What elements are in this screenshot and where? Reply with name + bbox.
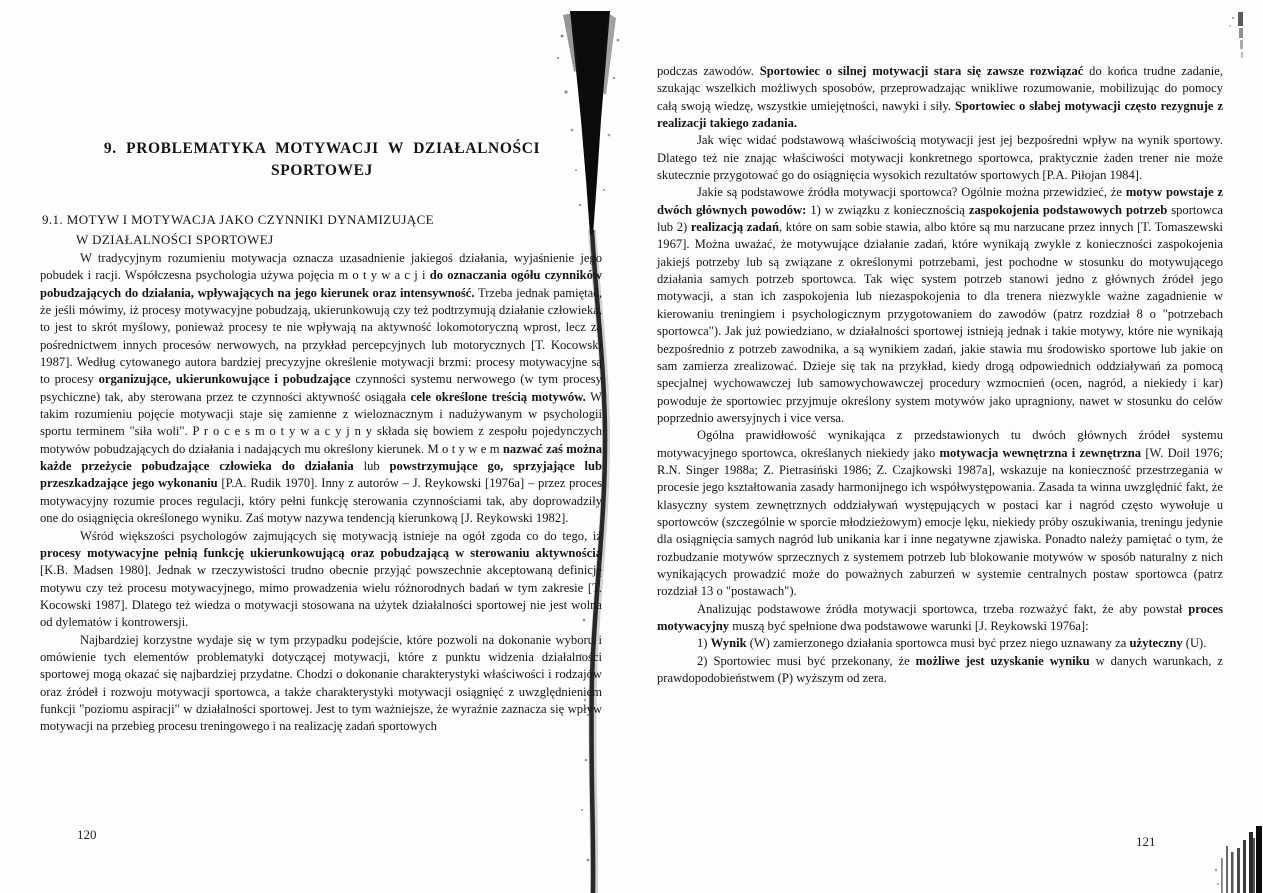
paragraph: podczas zawodów. Sportowiec o silnej mot… bbox=[657, 63, 1223, 132]
top-right-smudge-icon bbox=[1229, 12, 1243, 58]
paragraph: Analizując podstawowe źródła motywacji s… bbox=[657, 601, 1223, 636]
paragraph: Najbardziej korzystne wydaje się w tym p… bbox=[40, 632, 602, 736]
paragraph: 1) Wynik (W) zamierzonego działania spor… bbox=[657, 635, 1223, 652]
paragraph: Wśród większości psychologów zajmujących… bbox=[40, 528, 602, 632]
scanned-book-spread: 9. PROBLEMATYKA MOTYWACJI W DZIAŁALNOŚCI… bbox=[0, 0, 1263, 893]
page-number-right: 121 bbox=[1136, 834, 1156, 850]
paragraph: Ogólna prawidłowość wynikająca z przedst… bbox=[657, 427, 1223, 600]
section-heading-line2: W DZIAŁALNOŚCI SPORTOWEJ bbox=[76, 230, 602, 250]
section-heading: 9.1. MOTYW I MOTYWACJA JAKO CZYNNIKI DYN… bbox=[42, 210, 602, 250]
bottom-right-streaks-icon bbox=[1215, 826, 1262, 893]
right-page-body-text: podczas zawodów. Sportowiec o silnej mot… bbox=[657, 63, 1223, 687]
section-heading-line1: 9.1. MOTYW I MOTYWACJA JAKO CZYNNIKI DYN… bbox=[42, 210, 602, 230]
gutter-ink-blob-icon bbox=[557, 11, 619, 235]
page-number-left: 120 bbox=[77, 827, 97, 843]
chapter-title-line1: 9. PROBLEMATYKA MOTYWACJI W DZIAŁALNOŚCI bbox=[42, 138, 602, 160]
paragraph: Jak więc widać podstawową właściwością m… bbox=[657, 132, 1223, 184]
paragraph: Jakie są podstawowe źródła motywacji spo… bbox=[657, 184, 1223, 427]
paragraph: 2) Sportowiec musi być przekonany, że mo… bbox=[657, 653, 1223, 688]
chapter-title: 9. PROBLEMATYKA MOTYWACJI W DZIAŁALNOŚCI… bbox=[42, 138, 602, 182]
left-page-body-text: W tradycyjnym rozumieniu motywacja oznac… bbox=[40, 250, 602, 736]
paragraph: W tradycyjnym rozumieniu motywacja oznac… bbox=[40, 250, 602, 528]
chapter-title-line2: SPORTOWEJ bbox=[42, 160, 602, 182]
